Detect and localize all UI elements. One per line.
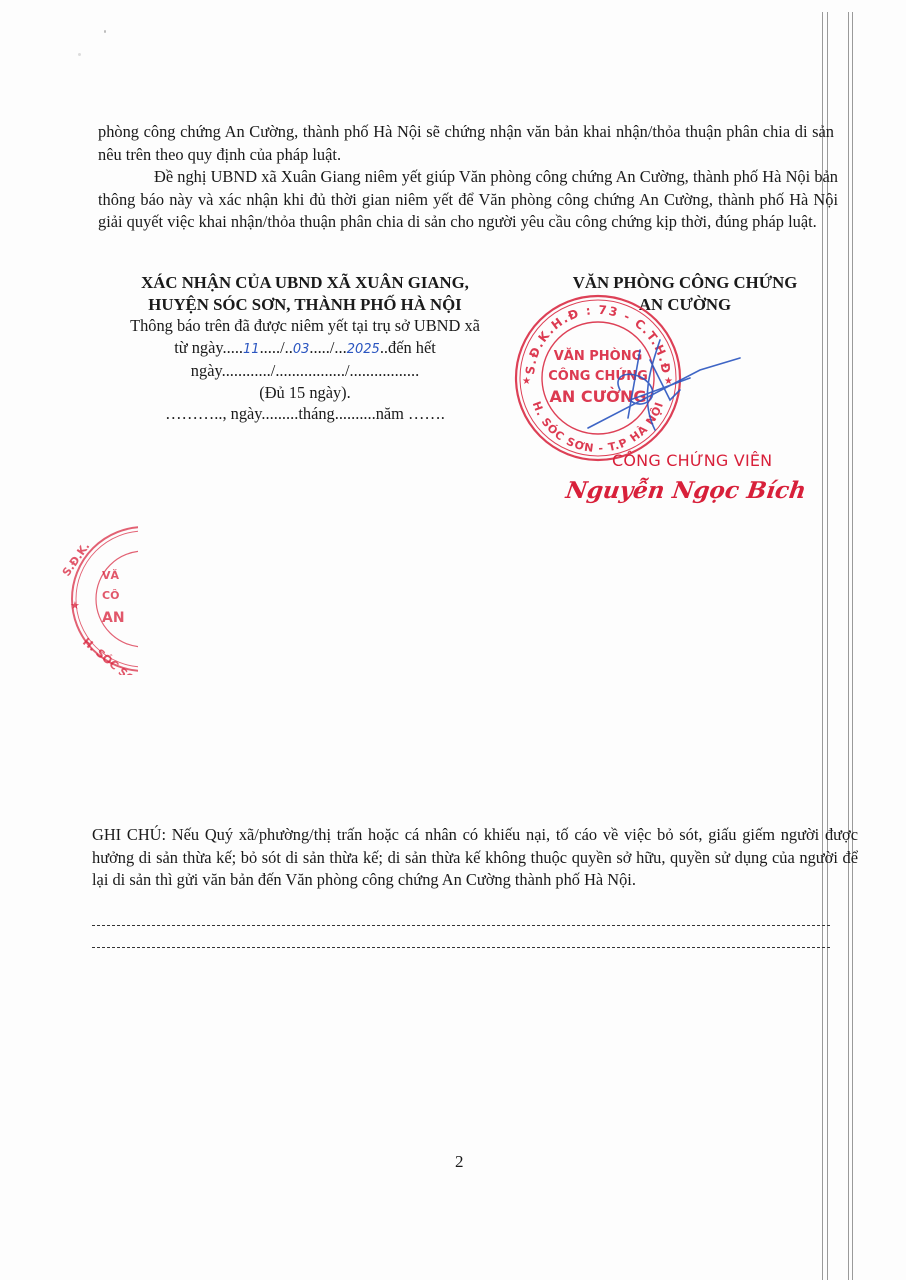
from-date-line: từ ngày.....11...../..03...../...2025..đ… xyxy=(92,337,518,361)
from-day: 11 xyxy=(243,342,260,357)
notary-name-stamp: Nguyễn Ngọc Bích xyxy=(564,477,808,504)
svg-text:★: ★ xyxy=(522,376,531,387)
page-number: 2 xyxy=(455,1152,464,1172)
from-month: 03 xyxy=(293,342,310,357)
partial-seal-stamp: S.Đ.K. ★ H. SÓC SƠ VĂ CÔ AN xyxy=(58,525,138,675)
signature xyxy=(580,330,750,440)
date-line: ……….., ngày.........tháng..........năm …… xyxy=(92,403,518,425)
partial-center-3: AN xyxy=(102,610,125,626)
document-page: phòng công chứng An Cường, thành phố Hà … xyxy=(0,0,906,1280)
partial-center-1: VĂ xyxy=(102,569,120,582)
note-paragraph: GHI CHÚ: Nếu Quý xã/phường/thị trấn hoặc… xyxy=(92,824,858,892)
office-heading-1: VĂN PHÒNG CÔNG CHỨNG xyxy=(540,272,830,294)
scan-speck xyxy=(78,53,81,56)
from-prefix: từ ngày xyxy=(174,338,222,357)
intro-paragraph: phòng công chứng An Cường, thành phố Hà … xyxy=(98,121,834,166)
posted-line: Thông báo trên đã được niêm yết tại trụ … xyxy=(92,315,518,337)
request-paragraph: Đề nghị UBND xã Xuân Giang niêm yết giúp… xyxy=(98,166,838,234)
partial-ring-bottom: H. SÓC SƠ xyxy=(80,635,138,675)
binding-line xyxy=(852,12,853,1280)
intro-text: phòng công chứng An Cường, thành phố Hà … xyxy=(98,121,834,166)
binding-line xyxy=(848,12,849,1280)
notary-title: CÔNG CHỨNG VIÊN xyxy=(612,451,772,470)
commune-heading-1: XÁC NHẬN CỦA UBND XÃ XUÂN GIANG, xyxy=(92,272,518,294)
commune-confirmation-block: XÁC NHẬN CỦA UBND XÃ XUÂN GIANG, HUYỆN S… xyxy=(92,272,518,425)
partial-center-2: CÔ xyxy=(102,589,119,602)
commune-heading-2: HUYỆN SÓC SƠN, THÀNH PHỐ HÀ NỘI xyxy=(92,294,518,316)
to-suffix: đến hết xyxy=(388,338,436,357)
dashed-separator xyxy=(92,925,830,926)
dashed-separator xyxy=(92,947,830,948)
duration-line: (Đủ 15 ngày). xyxy=(92,382,518,404)
to-date-line: ngày............/................./.....… xyxy=(92,360,518,382)
request-text: Đề nghị UBND xã Xuân Giang niêm yết giúp… xyxy=(98,166,838,234)
from-year: 2025 xyxy=(347,342,380,357)
scan-speck xyxy=(104,30,106,33)
svg-text:★: ★ xyxy=(70,599,80,612)
